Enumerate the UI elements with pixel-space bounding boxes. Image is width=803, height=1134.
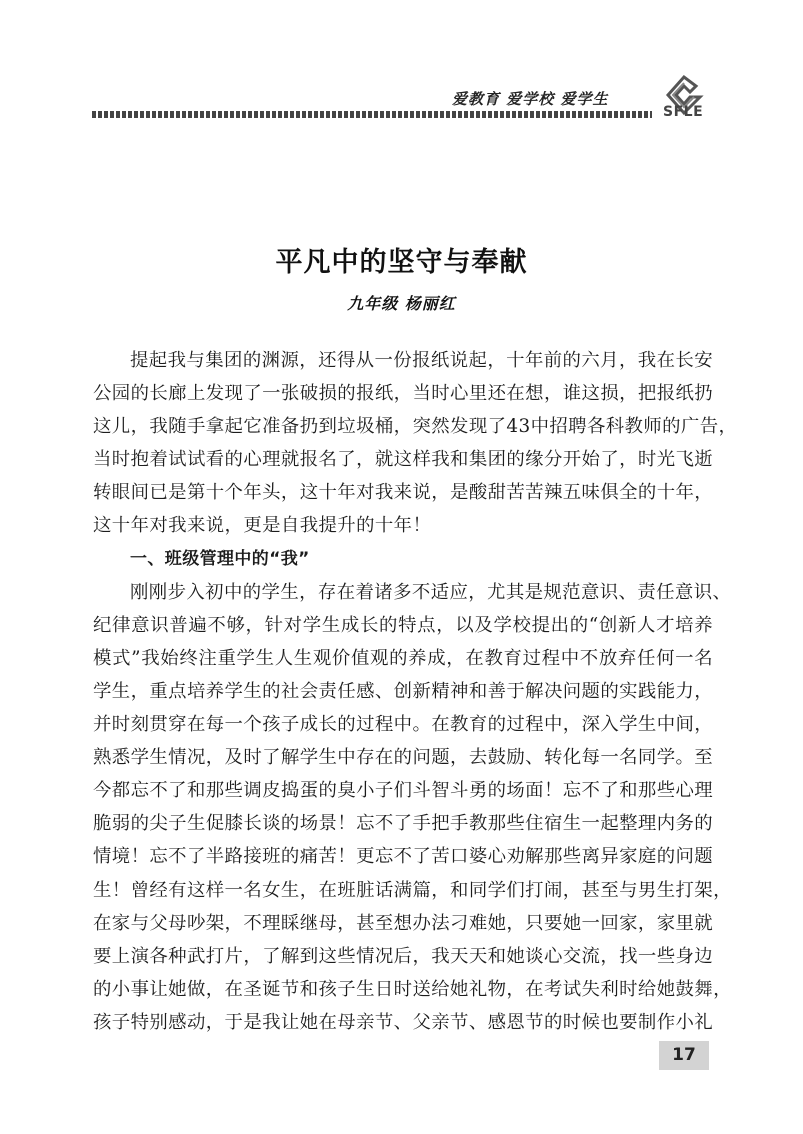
text-line: 当时抱着试试看的心理就报名了，就这样我和集团的缘分开始了，时光飞逝 — [93, 443, 713, 476]
text-line: 公园的长廊上发现了一张破损的报纸，当时心里还在想，谁这损，把报纸扔 — [93, 377, 713, 410]
text-line: 转眼间已是第十个年头，这十年对我来说，是酸甜苦苦辣五味俱全的十年， — [93, 476, 713, 509]
text-line: 提起我与集团的渊源，还得从一份报纸说起，十年前的六月，我在长安 — [93, 344, 713, 377]
text-line: 熟悉学生情况，及时了解学生中存在的问题，去鼓励、转化每一名同学。至 — [93, 741, 713, 774]
header-dotted-rule — [92, 111, 652, 118]
page-number: 17 — [659, 1041, 709, 1070]
text-line: 学生，重点培养学生的社会责任感、创新精神和善于解决问题的实践能力， — [93, 675, 713, 708]
article-byline: 九年级 杨丽红 — [0, 291, 803, 314]
text-line: 这十年对我来说，更是自我提升的十年！ — [93, 509, 713, 542]
text-line: 孩子特别感动，于是我让她在母亲节、父亲节、感恩节的时候也要制作小礼 — [93, 1006, 713, 1039]
logo-text: SFLE — [663, 104, 703, 120]
text-line: 情境！忘不了半路接班的痛苦！更忘不了苦口婆心劝解那些离异家庭的问题 — [93, 840, 713, 873]
text-line: 纪律意识普遍不够，针对学生成长的特点，以及学校提出的“创新人才培养 — [93, 609, 713, 642]
text-line: 模式”我始终注重学生人生观价值观的养成，在教育过程中不放弃任何一名 — [93, 642, 713, 675]
text-line: 今都忘不了和那些调皮捣蛋的臭小子们斗智斗勇的场面！忘不了和那些心理 — [93, 774, 713, 807]
section-heading: 一、班级管理中的“我” — [93, 543, 713, 576]
text-line: 要上演各种武打片，了解到这些情况后，我天天和她谈心交流，找一些身边 — [93, 940, 713, 973]
text-line: 的小事让她做，在圣诞节和孩子生日时送给她礼物，在考试失利时给她鼓舞， — [93, 973, 713, 1006]
header-slogan: 爱教育 爱学校 爱学生 — [452, 88, 608, 109]
text-line: 脆弱的尖子生促膝长谈的场景！忘不了手把手教那些住宿生一起整理内务的 — [93, 807, 713, 840]
text-line: 刚刚步入初中的学生，存在着诸多不适应，尤其是规范意识、责任意识、 — [93, 576, 713, 609]
text-line: 这儿，我随手拿起它准备扔到垃圾桶，突然发现了43中招聘各科教师的广告， — [93, 410, 713, 443]
text-line: 并时刻贯穿在每一个孩子成长的过程中。在教育的过程中，深入学生中间， — [93, 708, 713, 741]
article-body: 提起我与集团的渊源，还得从一份报纸说起，十年前的六月，我在长安 公园的长廊上发现… — [93, 344, 713, 1039]
article-title: 平凡中的坚守与奉献 — [0, 240, 803, 279]
text-line: 生！曾经有这样一名女生，在班脏话满篇，和同学们打闹，甚至与男生打架， — [93, 874, 713, 907]
text-line: 在家与父母吵架，不理睬继母，甚至想办法刁难她，只要她一回家，家里就 — [93, 907, 713, 940]
